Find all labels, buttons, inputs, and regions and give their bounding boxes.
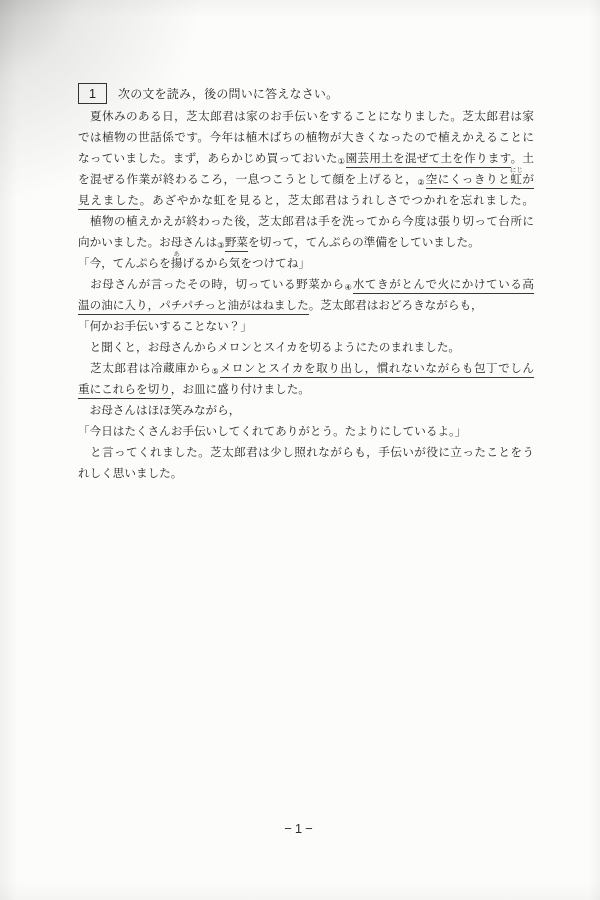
passage-line: 植物の植えかえが終わった後，芝太郎君は手を洗ってから今度は張り切って台所に xyxy=(78,211,534,232)
passage-line: 「今日はたくさんお手伝いしてくれてありがとう。たよりにしているよ。」 xyxy=(78,421,534,442)
passage-line: なっていました。まず，あらかじめ買っておいた①園芸用土を混ぜて土を作ります。土 xyxy=(78,148,534,169)
text-segment: 「今，てんぷらを xyxy=(78,257,171,270)
passage-text: 夏休みのある日，芝太郎君は家のお手伝いをすることになりました。芝太郎君は家では植… xyxy=(78,106,534,484)
text-segment: なっていました。まず，あらかじめ買っておいた xyxy=(78,152,338,165)
scanned-exam-page: 1 次の文を読み，後の問いに答えなさい。 夏休みのある日，芝太郎君は家のお手伝い… xyxy=(0,0,600,900)
text-segment: 。土 xyxy=(511,152,534,165)
text-segment: を切って，てんぷらの準備をしていました。 xyxy=(248,236,480,249)
underlined-segment: 温の油に入り，パチパチっと油がはねました xyxy=(78,299,309,315)
passage-line: お母さんが言ったその時，切っている野菜から④水てきがとんで火にかけている高 xyxy=(78,274,534,295)
text-segment: 向かいました。お母さんは xyxy=(78,236,217,249)
text-segment: お母さんはほほ笑みながら， xyxy=(78,404,240,417)
passage-line: 重にこれらを切り，お皿に盛り付けました。 xyxy=(78,379,534,400)
passage-line: を混ぜる作業が終わるころ，一息つこうとして顔を上げると，②空にくっきりと虹にじが xyxy=(78,169,534,190)
text-segment: 「何かお手伝いすることない？」 xyxy=(78,320,252,333)
passage-line: 芝太郎君は冷蔵庫から⑤メロンとスイカを取り出し，慣れないながらも包丁でしん xyxy=(78,358,534,379)
passage-line: 温の油に入り，パチパチっと油がはねました。芝太郎君はおどろきながらも， xyxy=(78,295,534,316)
question-heading: 1 次の文を読み，後の問いに答えなさい。 xyxy=(78,82,534,104)
text-segment: 芝太郎君は冷蔵庫から xyxy=(78,362,211,375)
passage-line: お母さんはほほ笑みながら， xyxy=(78,400,534,421)
passage-line: 「今，てんぷらを揚あげるから気をつけてね」 xyxy=(78,253,534,274)
underlined-segment: が xyxy=(522,173,534,189)
text-segment: 揚あ xyxy=(171,257,183,270)
reference-number: ④ xyxy=(345,283,353,292)
passage-line: と聞くと，お母さんからメロンとスイカを切るようにたのまれました。 xyxy=(78,337,534,358)
passage-line: 向かいました。お母さんは③野菜を切って，てんぷらの準備をしていました。 xyxy=(78,232,534,253)
underlined-segment: 水てきがとんで火にかけている高 xyxy=(353,278,534,294)
text-segment: 。あざやかな虹を見ると，芝太郎君はうれしさでつかれを忘れました。 xyxy=(140,194,534,207)
text-segment: ，お皿に盛り付けました。 xyxy=(171,383,310,396)
underlined-segment: 見えました xyxy=(78,194,140,210)
page-number: −1− xyxy=(284,821,315,836)
reference-number: ⑤ xyxy=(211,367,219,376)
text-segment: 「今日はたくさんお手伝いしてくれてありがとう。たよりにしているよ。」 xyxy=(78,425,466,438)
passage-line: 「何かお手伝いすることない？」 xyxy=(78,316,534,337)
question-number-box: 1 xyxy=(78,83,107,104)
reference-number: ③ xyxy=(217,241,224,250)
text-segment: と聞くと，お母さんからメロンとスイカを切るようにたのまれました。 xyxy=(78,341,460,354)
underlined-segment: 空にくっきりと xyxy=(426,173,511,189)
underlined-segment: 野菜 xyxy=(225,236,248,252)
passage-line: 夏休みのある日，芝太郎君は家のお手伝いをすることになりました。芝太郎君は家 xyxy=(78,106,534,127)
text-segment: げるから気をつけてね」 xyxy=(182,257,310,270)
passage-line: と言ってくれました。芝太郎君は少し照れながらも，手伝いが役に立ったことをう xyxy=(78,442,534,463)
text-segment: 夏休みのある日，芝太郎君は家のお手伝いをすることになりました。芝太郎君は家 xyxy=(78,110,534,123)
reference-number: ① xyxy=(338,157,345,166)
furigana-annotation: にじ xyxy=(510,168,523,175)
passage-line: 見えました。あざやかな虹を見ると，芝太郎君はうれしさでつかれを忘れました。 xyxy=(78,190,534,211)
text-segment: と言ってくれました。芝太郎君は少し照れながらも，手伝いが役に立ったことをう xyxy=(78,446,534,459)
page-footer: −1− xyxy=(0,820,600,838)
text-segment: では植物の世話係です。今年は植木ばちの植物が大きくなったので植えかえることに xyxy=(78,131,534,144)
text-segment: を混ぜる作業が終わるころ，一息つこうとして顔を上げると， xyxy=(78,173,417,186)
underlined-segment: 園芸用土を混ぜて土を作ります xyxy=(346,152,511,168)
underlined-segment: メロンとスイカを取り出し，慣れないながらも包丁でしん xyxy=(220,362,534,378)
passage-line: れしく思いました。 xyxy=(78,463,534,484)
text-segment: れしく思いました。 xyxy=(78,467,182,480)
underlined-segment: 重にこれらを切り xyxy=(78,383,171,399)
reference-number: ② xyxy=(417,178,425,187)
passage-block: 1 次の文を読み，後の問いに答えなさい。 夏休みのある日，芝太郎君は家のお手伝い… xyxy=(78,82,534,484)
passage-line: では植物の世話係です。今年は植木ばちの植物が大きくなったので植えかえることに xyxy=(78,127,534,148)
furigana-annotation: あ xyxy=(173,252,180,259)
question-instruction: 次の文を読み，後の問いに答えなさい。 xyxy=(118,85,338,102)
text-segment: 。芝太郎君はおどろきながらも， xyxy=(309,299,483,312)
text-segment: お母さんが言ったその時，切っている野菜から xyxy=(78,278,345,291)
underlined-segment: 虹にじ xyxy=(510,173,522,189)
text-segment: 植物の植えかえが終わった後，芝太郎君は手を洗ってから今度は張り切って台所に xyxy=(78,215,534,228)
